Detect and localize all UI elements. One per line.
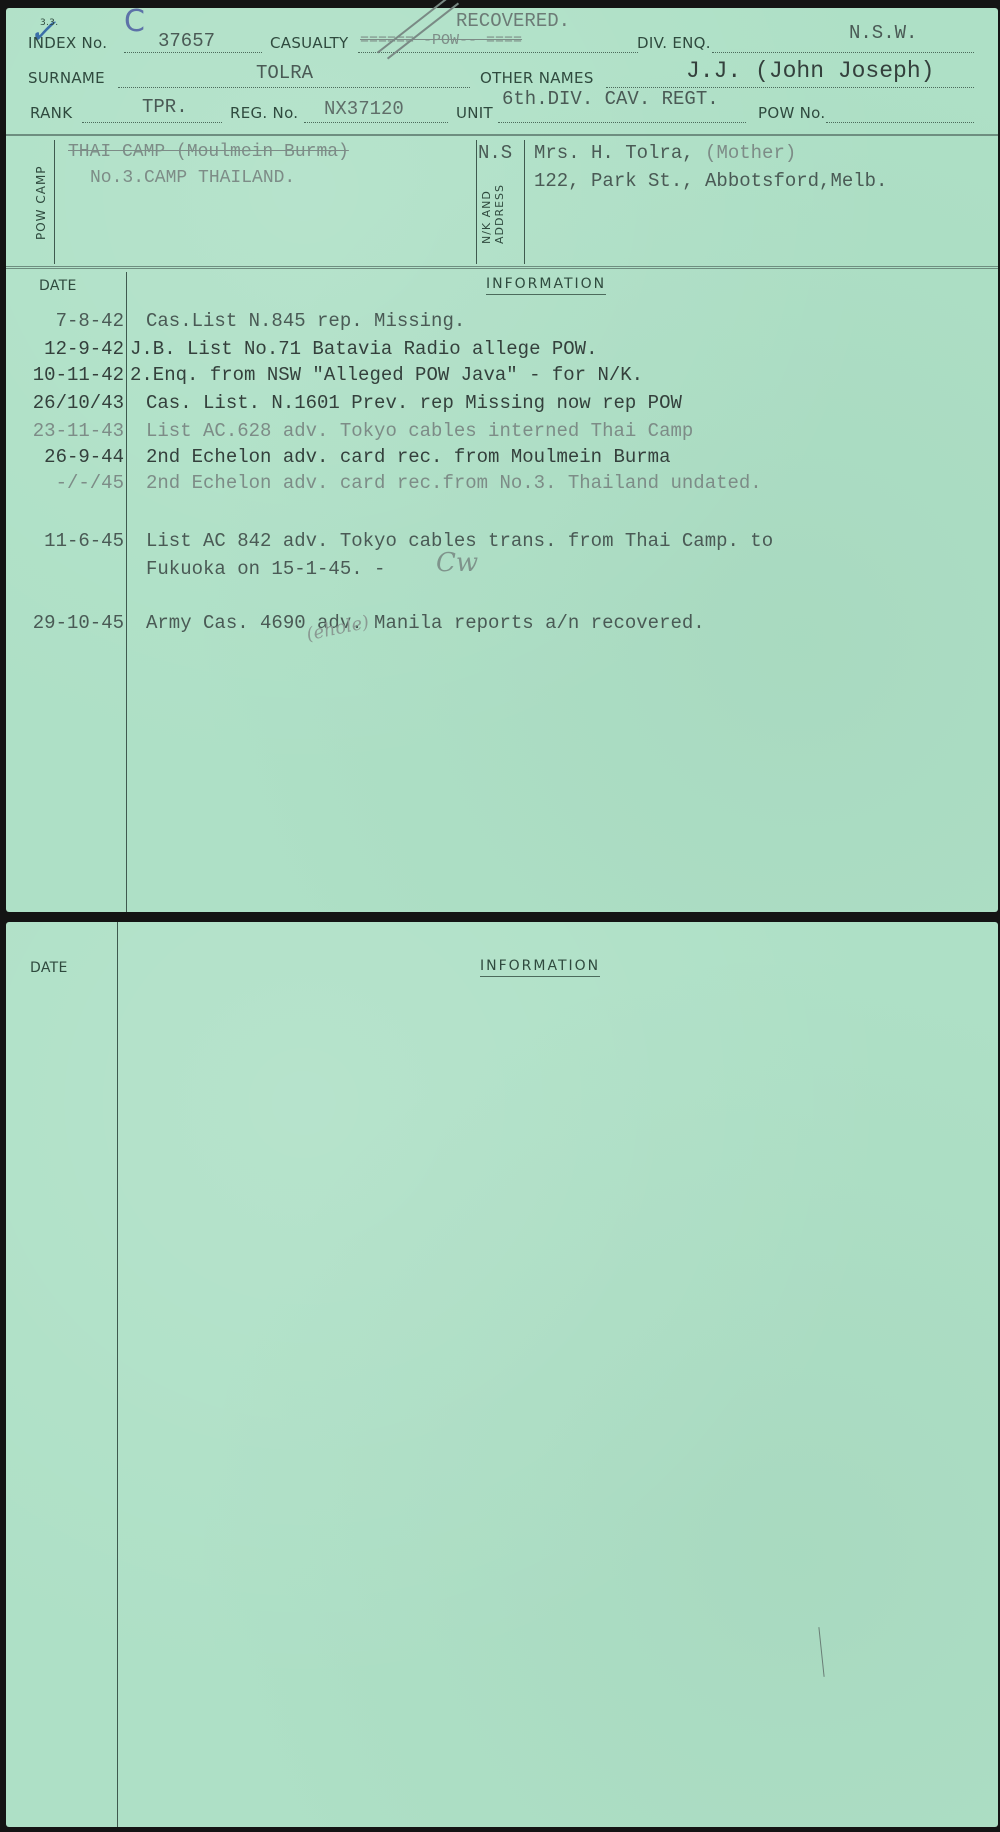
information-header: INFORMATION <box>486 276 606 295</box>
div-enq-label: DIV. ENQ. <box>637 34 711 52</box>
casualty-label: CASUALTY <box>270 34 349 52</box>
entry-date: 29-10-45 <box>6 612 124 634</box>
entry-date: 11-6-45 <box>6 530 124 552</box>
entry-information: List AC.628 adv. Tokyo cables interned T… <box>146 420 693 442</box>
entry-date: 10-11-42 <box>6 364 124 386</box>
date-column-divider <box>126 272 127 912</box>
unit-value: 6th.DIV. CAV. REGT. <box>502 88 719 110</box>
index-prefix-handwritten: C <box>124 4 145 39</box>
pow-camp-divider <box>54 140 55 264</box>
information-header: INFORMATION <box>480 958 600 977</box>
corner-mark: 3.3. <box>40 18 58 28</box>
date-header: DATE <box>30 960 68 976</box>
rank-label: RANK <box>30 104 72 122</box>
date-column-divider <box>117 922 118 1827</box>
unit-label: UNIT <box>456 104 493 122</box>
nk-right-divider <box>524 140 525 264</box>
surname-dots <box>118 87 470 88</box>
entry-information: 2.Enq. from NSW "Alleged POW Java" - for… <box>130 364 643 386</box>
entry-information: 2nd Echelon adv. card rec.from No.3. Tha… <box>146 472 762 494</box>
entry-information: Fukuoka on 15-1-45. - <box>146 558 385 580</box>
index-label: INDEX No. <box>28 34 107 52</box>
surname-label: SURNAME <box>28 69 105 87</box>
entry-information: Cas. List. N.1601 Prev. rep Missing now … <box>146 392 682 414</box>
record-card-back: DATE INFORMATION <box>6 922 998 1827</box>
rank-value: TPR. <box>142 96 188 118</box>
casualty-dots <box>358 52 638 53</box>
nk-left-divider <box>476 140 477 264</box>
pow-camp-struck-value: THAI CAMP (Moulmein Burma) <box>68 142 349 162</box>
entry-date: 26-9-44 <box>6 446 124 468</box>
date-header: DATE <box>39 278 77 294</box>
nk-label: N/K AND ADDRESS <box>480 154 506 244</box>
handwritten-initials-1: Cw <box>436 548 478 578</box>
entry-information: J.B. List No.71 Batavia Radio allege POW… <box>130 338 597 360</box>
pow-camp-label: POW CAMP <box>34 165 48 240</box>
entry-date: 23-11-43 <box>6 420 124 442</box>
pow-no-dots <box>826 122 974 123</box>
pencil-mark <box>818 1627 824 1677</box>
record-card-front: ✓ 3.3. INDEX No. C 37657 CASUALTY ======… <box>6 8 998 912</box>
other-names-value: J.J. (John Joseph) <box>686 58 934 84</box>
nk-name: Mrs. H. Tolra, <box>534 142 694 164</box>
other-names-label: OTHER NAMES <box>480 69 594 87</box>
mid-rule <box>6 266 998 269</box>
rank-dots <box>82 122 222 123</box>
surname-value: TOLRA <box>256 62 313 84</box>
reg-no-value: NX37120 <box>324 98 404 120</box>
entry-date: 12-9-42 <box>6 338 124 360</box>
nk-line-1: Mrs. H. Tolra, (Mother) <box>534 142 796 164</box>
div-enq-value: N.S.W. <box>849 22 917 44</box>
reg-no-dots <box>304 122 448 123</box>
unit-dots <box>498 122 746 123</box>
entry-date: 26/10/43 <box>6 392 124 414</box>
pow-camp-value: No.3.CAMP THAILAND. <box>90 168 295 188</box>
index-dots <box>124 52 262 53</box>
entry-information: Army Cas. 4690 adv. Manila reports a/n r… <box>146 612 705 634</box>
entry-date: -/-/45 <box>6 472 124 494</box>
index-value: 37657 <box>158 30 215 52</box>
nk-relation: (Mother) <box>705 142 796 164</box>
casualty-value: RECOVERED. <box>456 10 570 32</box>
casualty-pencil-strike-2 <box>387 3 459 60</box>
header-rule <box>6 134 998 136</box>
pow-no-label: POW No. <box>758 104 825 122</box>
nk-line-2: 122, Park St., Abbotsford,Melb. <box>534 170 887 192</box>
entry-information: 2nd Echelon adv. card rec. from Moulmein… <box>146 446 671 468</box>
entry-information: Cas.List N.845 rep. Missing. <box>146 310 465 332</box>
div-enq-dots <box>712 52 974 53</box>
entry-date: 7-8-42 <box>6 310 124 332</box>
reg-no-label: REG. No. <box>230 104 298 122</box>
